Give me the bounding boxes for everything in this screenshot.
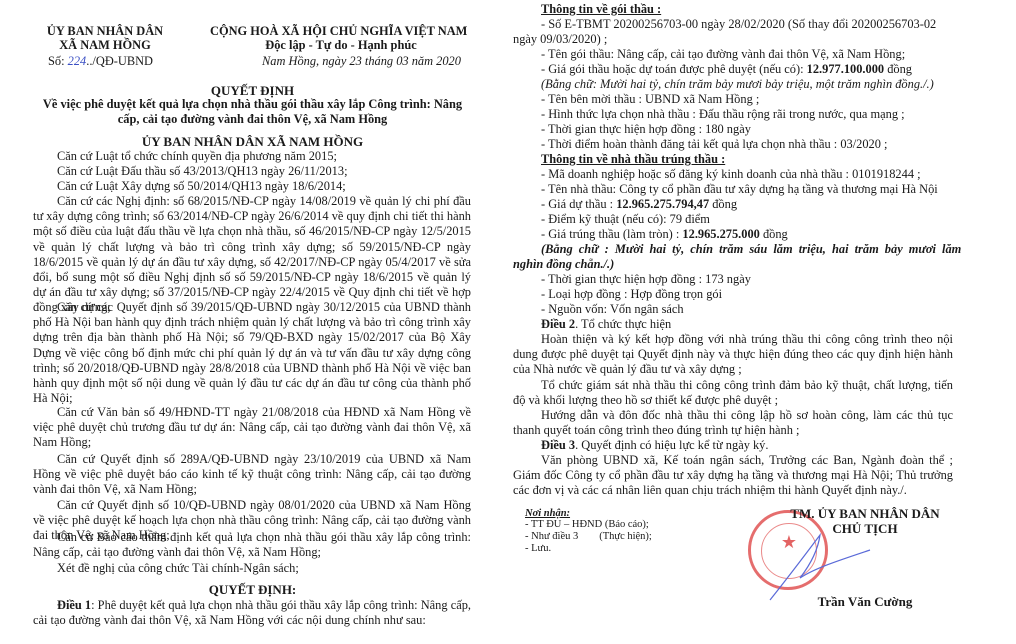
agency-name-line2: XÃ NAM HỒNG bbox=[30, 38, 180, 53]
document-number: Số: 224../QĐ-UBND bbox=[48, 54, 153, 69]
winner-funding: - Nguồn vốn: Vốn ngân sách bbox=[541, 302, 684, 317]
national-title: CỘNG HOÀ XÃ HỘI CHỦ NGHĨA VIỆT NAM bbox=[210, 24, 467, 39]
recipient-item: - Như điều 3 (Thực hiện); bbox=[525, 531, 652, 543]
winner-tech-score: - Điểm kỹ thuật (nếu có): 79 điểm bbox=[541, 212, 710, 227]
preamble-item: Căn cứ Quyết định số 289A/QĐ-UBND ngày 2… bbox=[33, 452, 471, 498]
winner-info-heading: Thông tin về nhà thầu trúng thầu : bbox=[541, 152, 725, 167]
preamble-item: Căn cứ Văn bản số 49/HĐND-TT ngày 21/08/… bbox=[33, 405, 471, 451]
package-duration: - Thời gian thực hiện hợp đồng : 180 ngà… bbox=[541, 122, 751, 137]
package-publish-time: - Thời điểm hoàn thành đăng tải kết quả … bbox=[541, 137, 887, 152]
issuing-authority: ỦY BAN NHÂN DÂN XÃ NAM HỒNG bbox=[0, 134, 505, 150]
recipient-item: - TT ĐU – HĐND (Báo cáo); bbox=[525, 519, 649, 531]
handwritten-number: 224 bbox=[68, 54, 87, 68]
winner-award-words-1: (Bằng chữ : Mười hai tỷ, chín trăm sáu l… bbox=[541, 242, 961, 257]
preamble-item: Căn cứ các Nghị định: số 68/2015/NĐ-CP n… bbox=[33, 194, 471, 316]
national-motto: Độc lập - Tự do - Hạnh phúc bbox=[210, 38, 472, 53]
preamble-item: Căn cứ Luật Xây dựng số 50/2014/QH13 ngà… bbox=[57, 179, 346, 194]
article-2-paragraph: Hướng dẫn và đôn đốc nhà thầu thi công l… bbox=[513, 408, 953, 438]
signer-name: Trần Văn Cường bbox=[760, 594, 970, 610]
document-page-left: ỦY BAN NHÂN DÂN XÃ NAM HỒNG Số: 224../QĐ… bbox=[0, 0, 505, 644]
package-price-words: (Bằng chữ: Mười hai tỷ, chín trăm bảy mư… bbox=[541, 77, 934, 92]
preamble-item: Căn cứ Luật Đấu thầu số 43/2013/QH13 ngà… bbox=[57, 164, 348, 179]
winner-award-words-2: nghìn đồng chẵn./.) bbox=[513, 257, 614, 272]
article-1: Điều 1: Phê duyệt kết quả lựa chọn nhà t… bbox=[33, 598, 471, 628]
package-method: - Hình thức lựa chọn nhà thầu : Đấu thầu… bbox=[541, 107, 905, 122]
document-subject-line1: Về việc phê duyệt kết quả lựa chọn nhà t… bbox=[0, 97, 505, 112]
package-etbmt-cont: ngày 09/03/2020) ; bbox=[513, 32, 607, 47]
winner-name: - Tên nhà thầu: Công ty cổ phần đầu tư x… bbox=[541, 182, 938, 197]
package-name: - Tên gói thầu: Nâng cấp, cải tạo đường … bbox=[541, 47, 905, 62]
preamble-item: Căn cứ Luật tổ chức chính quyền địa phươ… bbox=[57, 149, 337, 164]
package-inviter: - Tên bên mời thầu : UBND xã Nam Hồng ; bbox=[541, 92, 759, 107]
preamble-item: Xét đề nghị của công chức Tài chính-Ngân… bbox=[57, 561, 299, 576]
article-2-paragraph: Tổ chức giám sát nhà thầu thi công công … bbox=[513, 378, 953, 408]
agency-name-line1: ỦY BAN NHÂN DÂN bbox=[30, 24, 180, 39]
article-2-paragraph: Hoàn thiện và ký kết hợp đồng với nhà tr… bbox=[513, 332, 953, 378]
package-price: - Giá gói thầu hoặc dự toán được phê duy… bbox=[541, 62, 912, 77]
decision-heading: QUYẾT ĐỊNH: bbox=[0, 582, 505, 598]
winner-duration: - Thời gian thực hiện hợp đồng : 173 ngà… bbox=[541, 272, 751, 287]
document-subject-line2: cấp, cải tạo đường vành đai thôn Vệ, xã … bbox=[0, 112, 505, 127]
place-date: Nam Hồng, ngày 23 tháng 03 năm 2020 bbox=[262, 54, 461, 69]
recipient-item: - Lưu. bbox=[525, 543, 551, 555]
winner-award-price: - Giá trúng thầu (làm tròn) : 12.965.275… bbox=[541, 227, 788, 242]
article-3-paragraph: Văn phòng UBND xã, Kế toán ngân sách, Tr… bbox=[513, 453, 953, 499]
winner-business-code: - Mã doanh nghiệp hoặc số đăng ký kinh d… bbox=[541, 167, 921, 182]
winner-contract-type: - Loại hợp đồng : Hợp đồng trọn gói bbox=[541, 287, 722, 302]
signature-on-behalf: TM. ỦY BAN NHÂN DÂN bbox=[760, 506, 970, 522]
winner-bid-price: - Giá dự thầu : 12.965.275.794,47 đồng bbox=[541, 197, 737, 212]
package-info-heading: Thông tin về gói thầu : bbox=[541, 2, 661, 17]
preamble-item: Căn cứ Báo cáo thẩm định kết quả lựa chọ… bbox=[33, 530, 471, 560]
article-3-heading: Điều 3. Quyết định có hiệu lực kể từ ngà… bbox=[541, 438, 768, 453]
preamble-item: Căn cứ các Quyết định số 39/2015/QĐ-UBND… bbox=[33, 300, 471, 406]
article-2-heading: Điều 2. Tổ chức thực hiện bbox=[541, 317, 671, 332]
signature-position: CHỦ TỊCH bbox=[760, 521, 970, 537]
package-etbmt: - Số E-TBMT 20200256703-00 ngày 28/02/20… bbox=[541, 17, 936, 32]
